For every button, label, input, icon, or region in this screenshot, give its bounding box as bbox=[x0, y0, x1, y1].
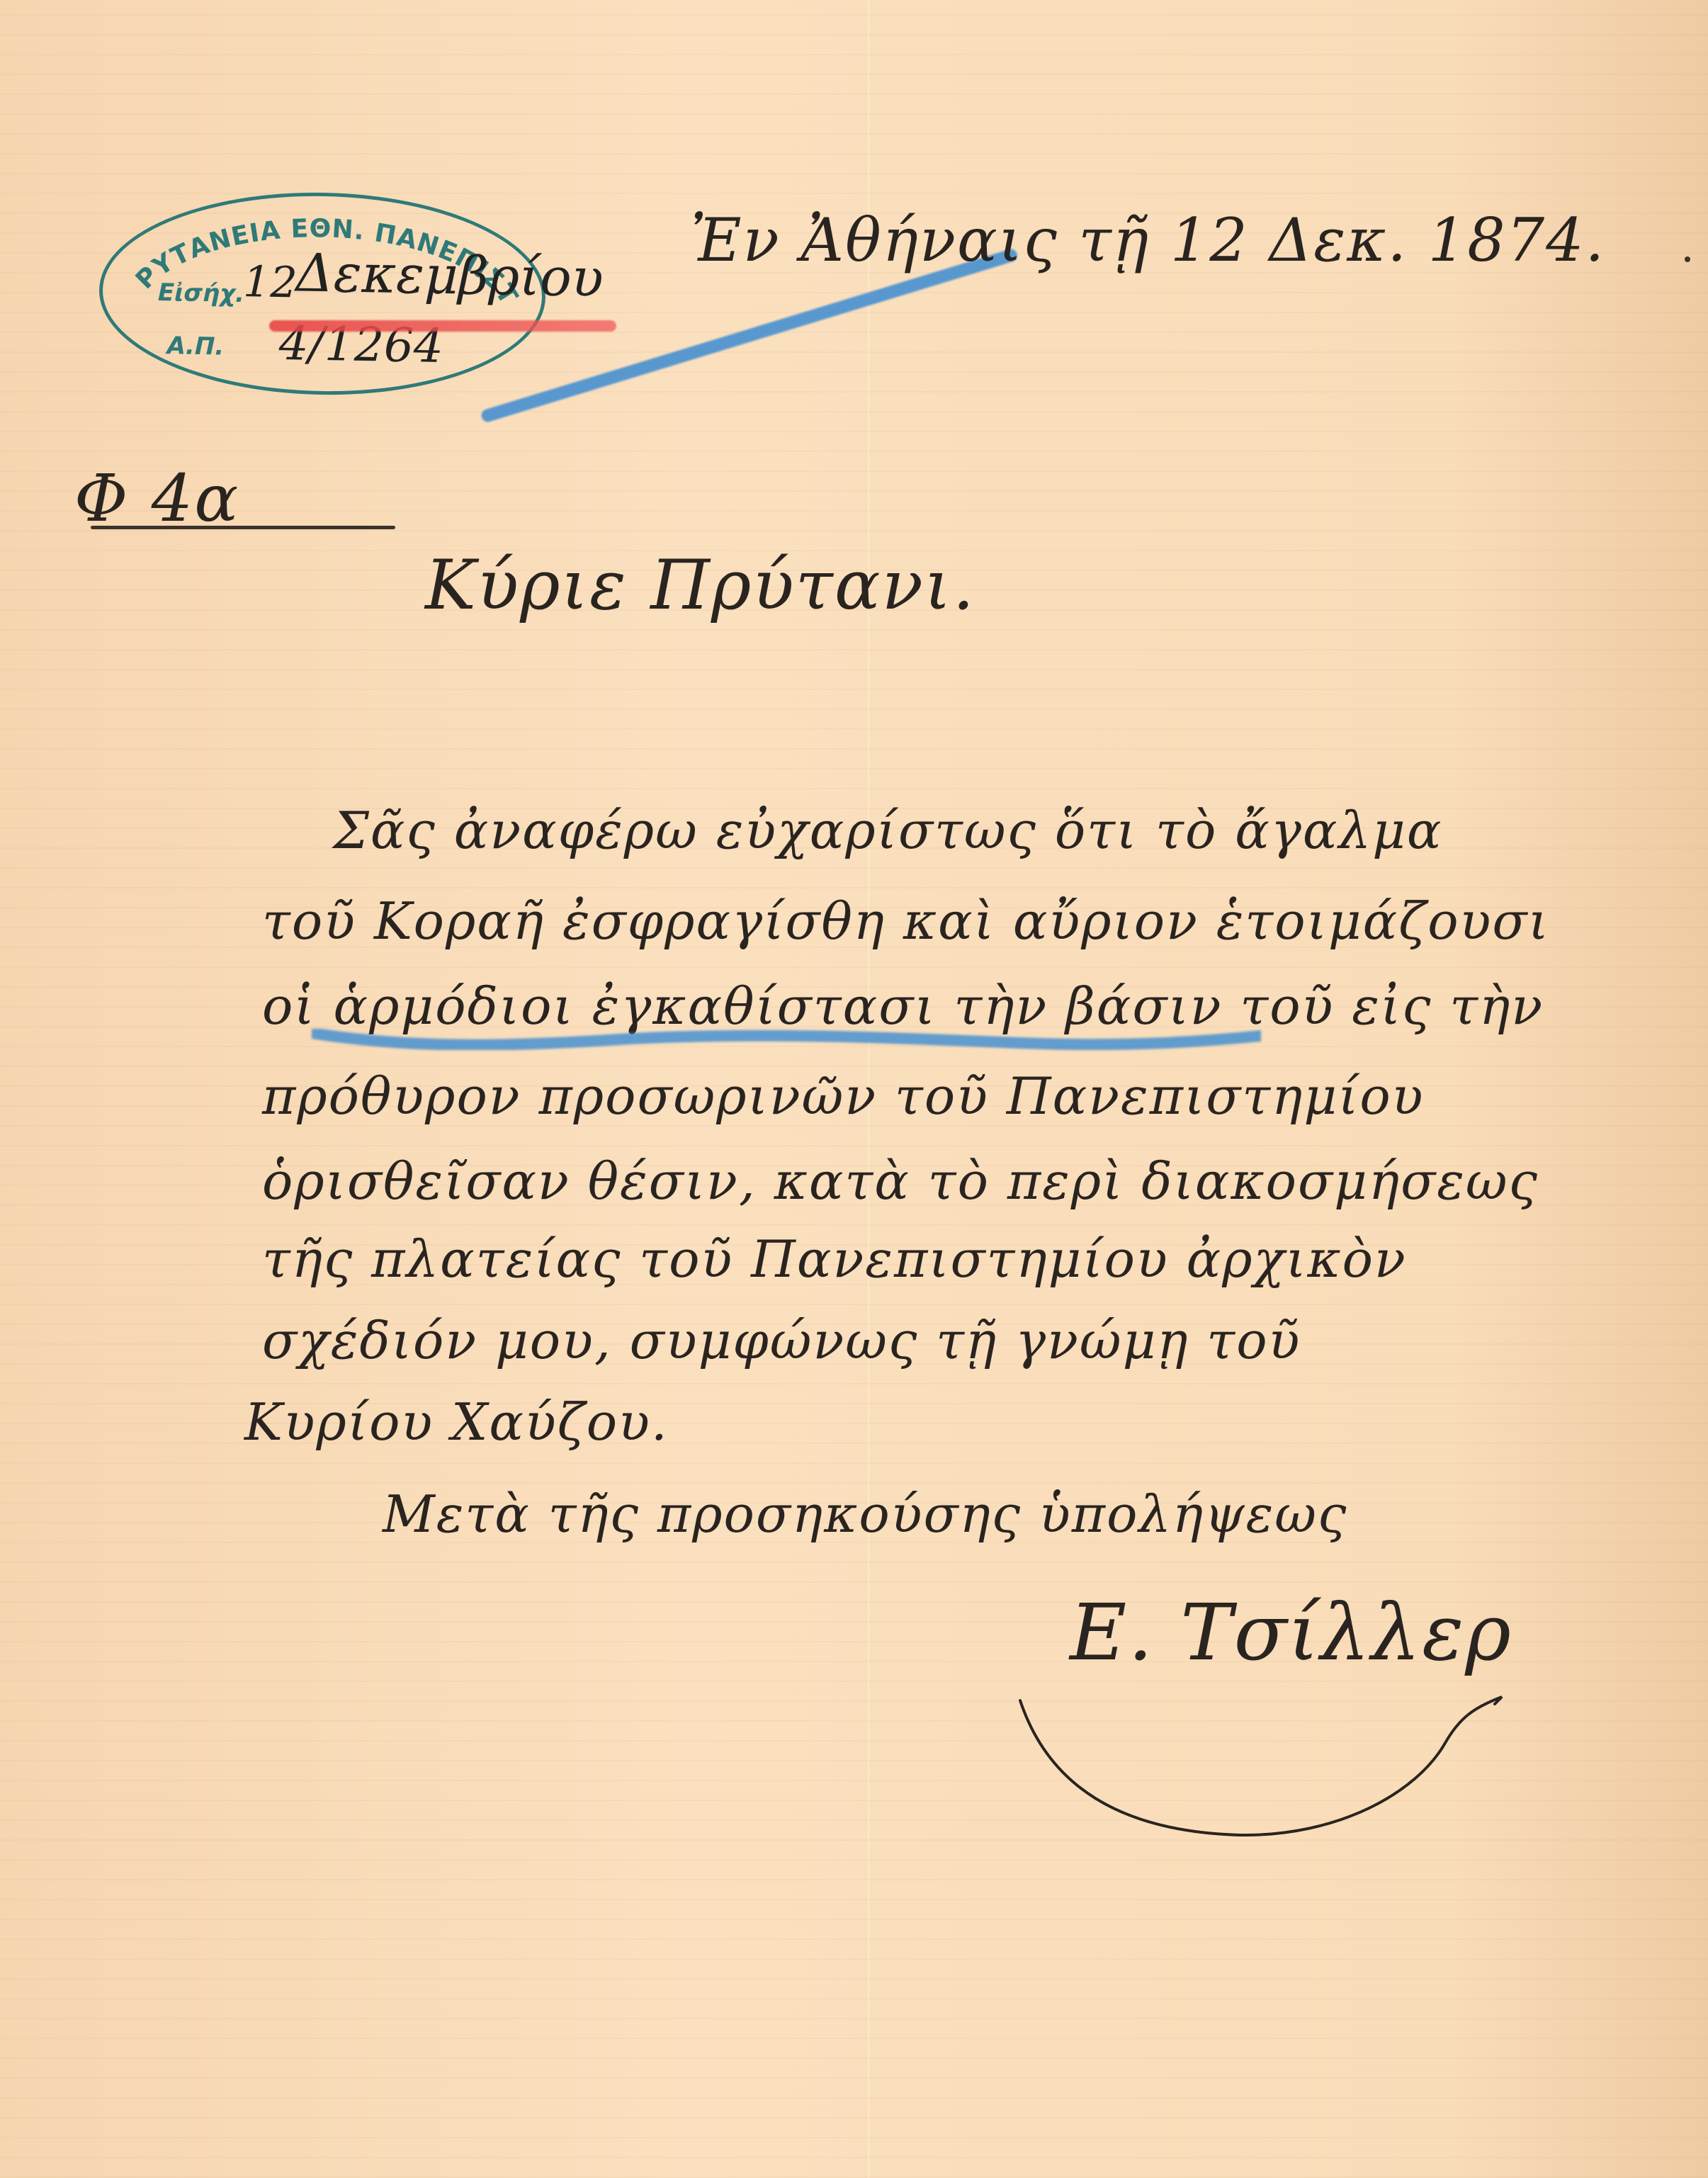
body-line-3: οἱ ἁρμόδιοι ἐγκαθίστασι τὴν βάσιν τοῦ εἰ… bbox=[262, 976, 1544, 1036]
body-line-4: πρόθυρον προσωρινῶν τοῦ Πανεπιστημίου bbox=[262, 1066, 1424, 1126]
file-reference: Φ 4α bbox=[74, 461, 239, 536]
blue-pencil-underline bbox=[312, 1029, 1261, 1050]
signature: Ε. Τσίλλερ bbox=[1070, 1587, 1512, 1678]
stamp-protocol-label: Α.Π. bbox=[166, 332, 224, 361]
signature-flourish bbox=[1006, 1686, 1516, 1842]
salutation: Κύριε Πρύτανι. bbox=[425, 546, 975, 625]
stamp-received-month: Δεκεμβρίου bbox=[295, 242, 604, 309]
body-line-6: τῆς πλατείας τοῦ Πανεπιστημίου ἀρχικὸν bbox=[262, 1229, 1407, 1289]
stamp-received-label: Εἰσήχ. bbox=[158, 278, 245, 308]
stamp-received-day: 12 bbox=[243, 257, 298, 307]
date-line: Ἐν Ἀθήναις τῇ 12 Δεκ. 1874. bbox=[691, 205, 1605, 275]
university-rectorate-stamp: ΠΡΥΤΑΝΕΙΑ ΕΘΝ. ΠΑΝΕΠΙΣΤ. Εἰσήχ. 12 Δεκεμ… bbox=[98, 189, 548, 399]
body-line-5: ὁρισθεῖσαν θέσιν, κατὰ τὸ περὶ διακοσμήσ… bbox=[262, 1151, 1539, 1211]
body-line-2: τοῦ Κοραῆ ἐσφραγίσθη καὶ αὔριον ἑτοιμάζο… bbox=[262, 891, 1550, 951]
closing-line: Μετὰ τῆς προσηκούσης ὑπολήψεως bbox=[383, 1484, 1347, 1544]
red-pencil-stroke bbox=[269, 320, 616, 332]
body-line-1: Σᾶς ἀναφέρω εὐχαρίστως ὅτι τὸ ἄγαλμα bbox=[333, 801, 1443, 860]
body-line-8: Κυρίου Χαύζου. bbox=[244, 1392, 669, 1452]
ink-dot bbox=[1685, 256, 1690, 262]
file-reference-underline bbox=[91, 526, 395, 529]
body-line-7: σχέδιόν μου, συμφώνως τῇ γνώμῃ τοῦ bbox=[262, 1311, 1301, 1370]
